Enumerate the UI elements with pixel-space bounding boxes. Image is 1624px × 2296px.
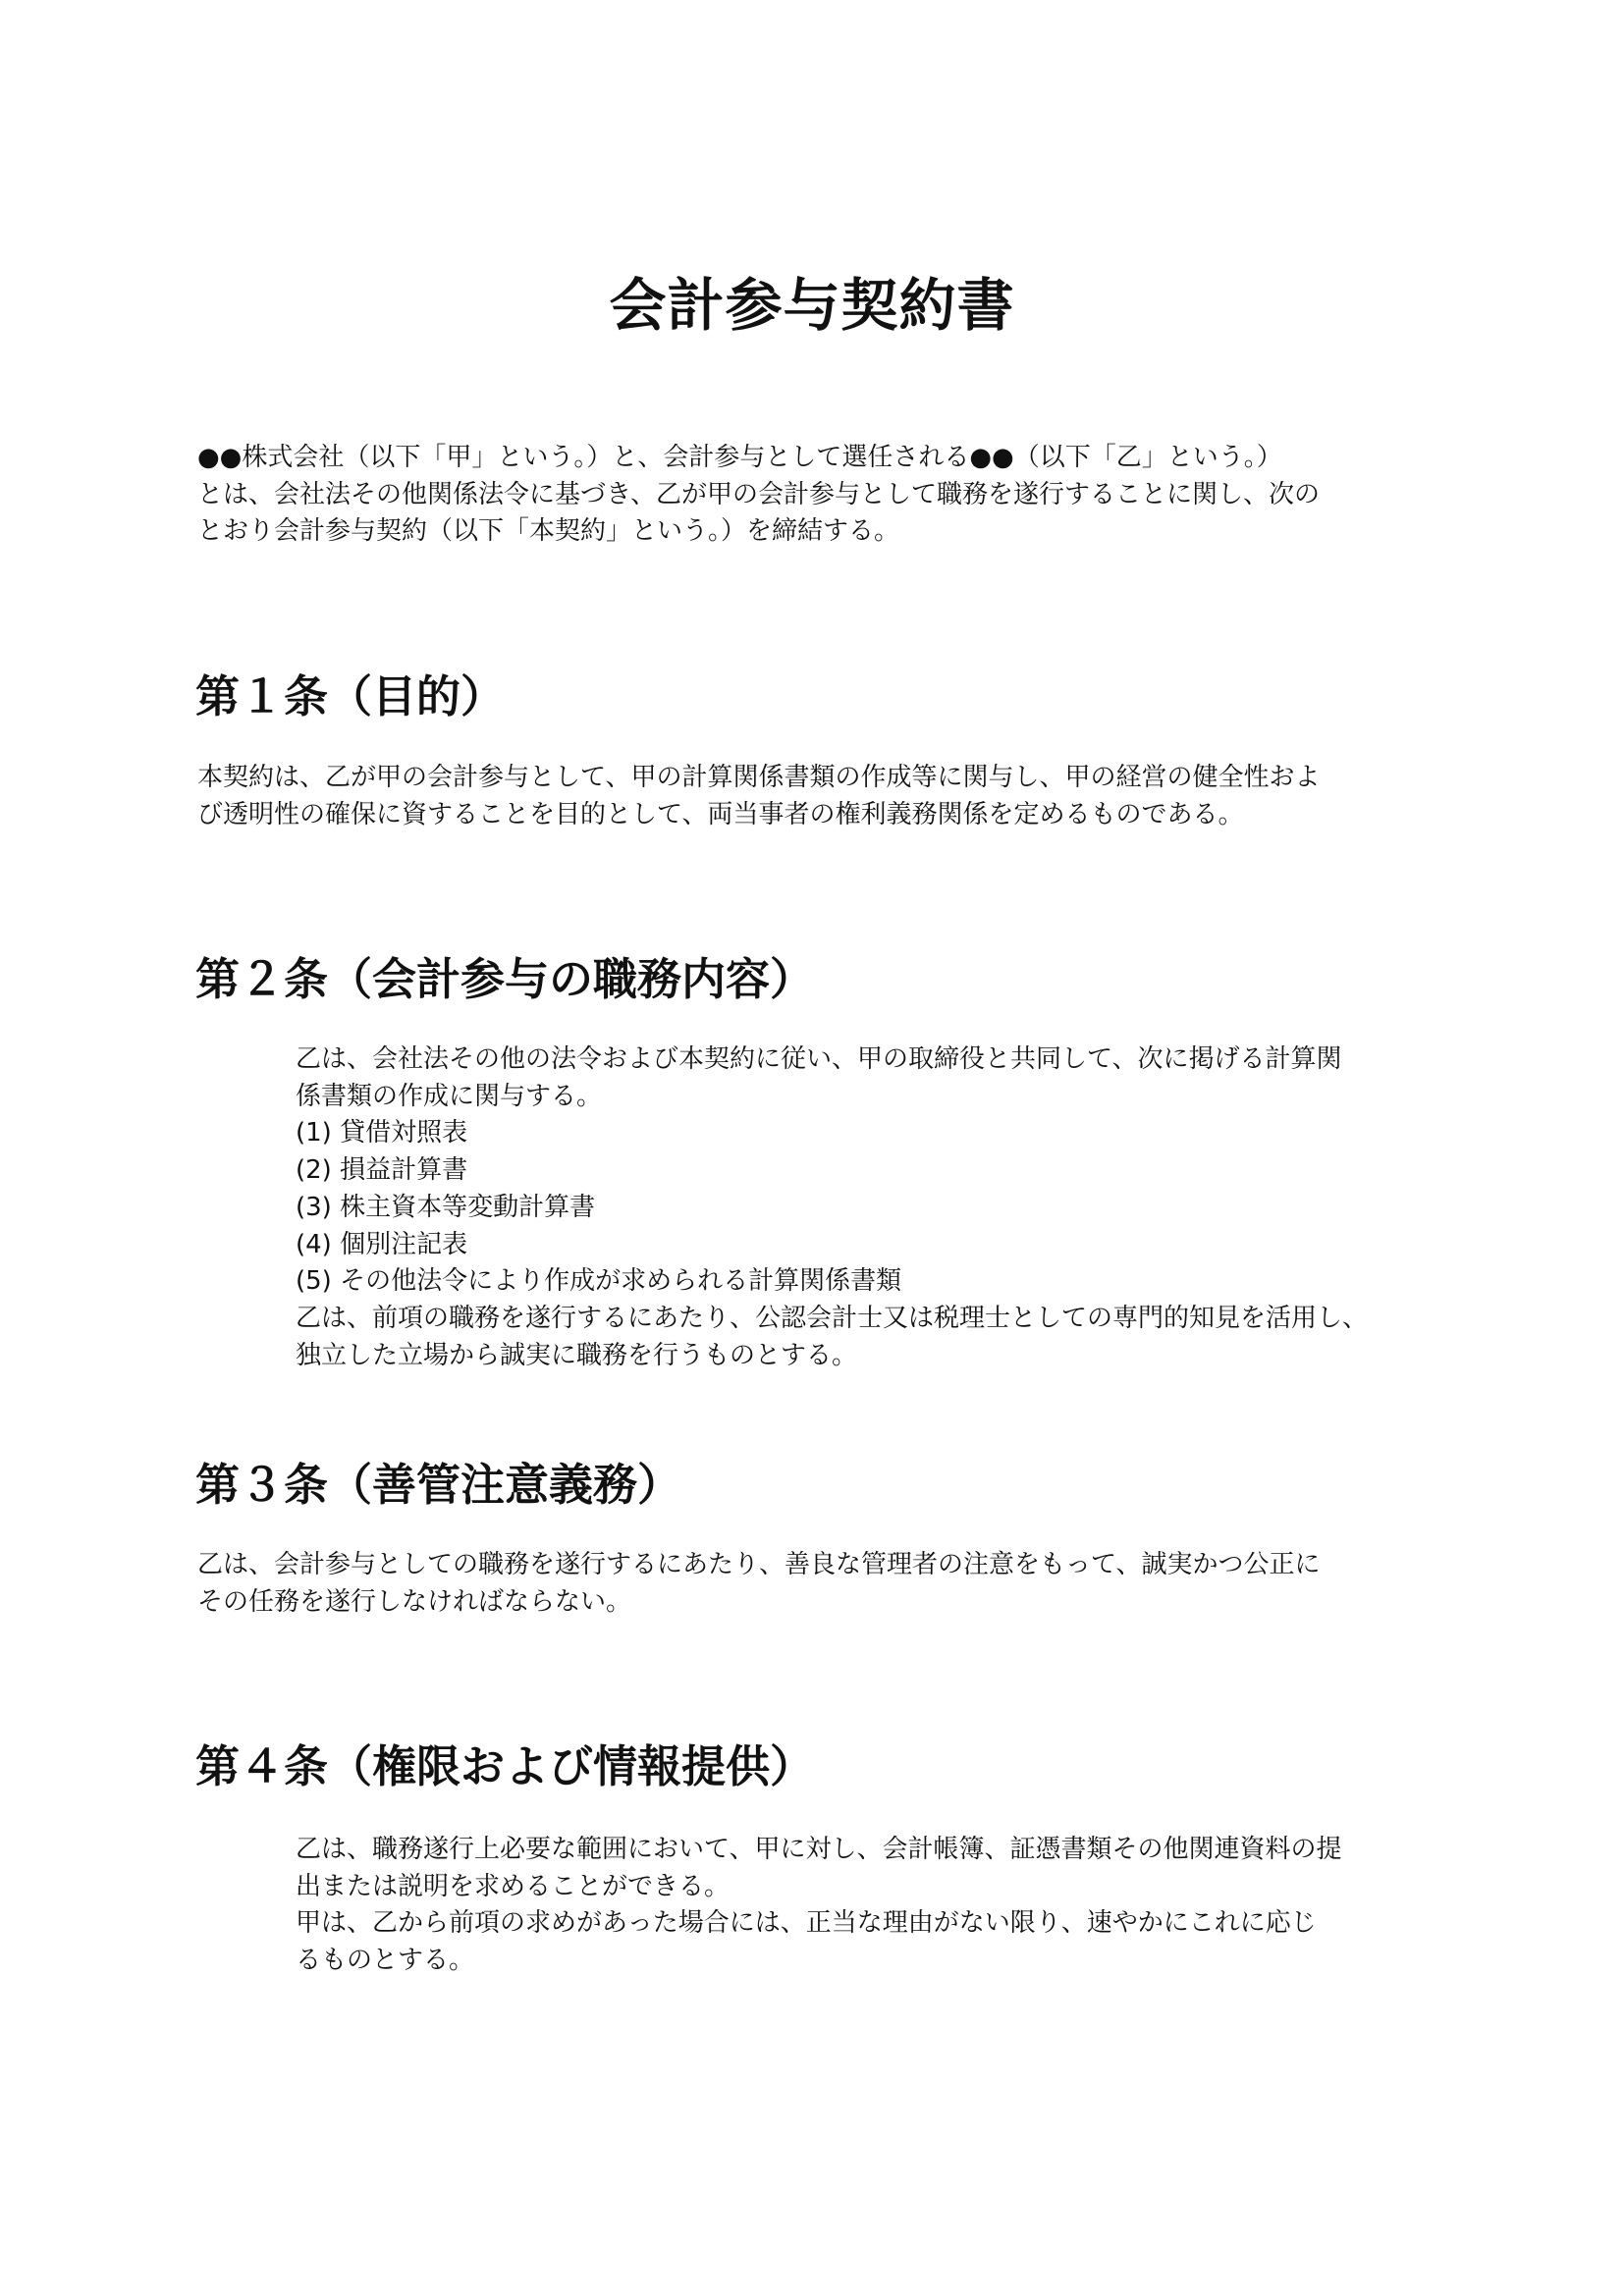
document-title: 会計参与契約書: [0, 267, 1624, 344]
article-2-list-item-5: (5) その他法令により作成が求められる計算関係書類: [296, 1263, 1493, 1301]
preamble-line: ●●株式会社（以下「甲」という。）と、会計参与として選任される●●（以下「乙」と…: [197, 440, 1474, 477]
article-3-line: 乙は、会計参与としての職務を遂行するにあたり、善良な管理者の注意をもって、誠実か…: [197, 1547, 1474, 1584]
article-2-line: 独立した立場から誠実に職務を行うものとする。: [296, 1338, 1493, 1375]
article-2-list-item-3: (3) 株主資本等変動計算書: [296, 1190, 1493, 1227]
article-3-heading: 第３条（善管注意義務）: [195, 1456, 681, 1515]
article-2-list-item-2: (2) 損益計算書: [296, 1152, 1493, 1190]
article-1-line: 本契約は、乙が甲の会計参与として、甲の計算関係書類の作成等に関与し、甲の経営の健…: [197, 760, 1474, 797]
article-2-heading: 第２条（会計参与の職務内容）: [195, 950, 814, 1009]
article-2-list-item-4: (4) 個別注記表: [296, 1227, 1493, 1264]
article-3-body: 乙は、会計参与としての職務を遂行するにあたり、善良な管理者の注意をもって、誠実か…: [197, 1547, 1474, 1621]
article-2-body: 乙は、会社法その他の法令および本契約に従い、甲の取締役と共同して、次に掲げる計算…: [296, 1041, 1493, 1374]
article-4-line: 甲は、乙から前項の求めがあった場合には、正当な理由がない限り、速やかにこれに応じ: [296, 1905, 1493, 1943]
article-4-line: るものとする。: [296, 1943, 1493, 1980]
article-4-body: 乙は、職務遂行上必要な範囲において、甲に対し、会計帳簿、証憑書類その他関連資料の…: [296, 1832, 1493, 1980]
article-4-line: 出または説明を求めることができる。: [296, 1869, 1493, 1906]
article-4-line: 乙は、職務遂行上必要な範囲において、甲に対し、会計帳簿、証憑書類その他関連資料の…: [296, 1832, 1493, 1869]
article-2-list-item-1: (1) 貸借対照表: [296, 1115, 1493, 1152]
document-page: 会計参与契約書 ●●株式会社（以下「甲」という。）と、会計参与として選任される●…: [0, 0, 1624, 2296]
article-2-line: 乙は、前項の職務を遂行するにあたり、公認会計士又は税理士としての専門的知見を活用…: [296, 1301, 1493, 1338]
article-1-heading: 第１条（目的）: [195, 667, 505, 726]
preamble-line: とおり会計参与契約（以下「本契約」という。）を締結する。: [197, 513, 1474, 551]
article-4-heading: 第４条（権限および情報提供）: [195, 1737, 814, 1796]
article-2-line: 係書類の作成に関与する。: [296, 1079, 1493, 1116]
preamble-line: とは、会社法その他関係法令に基づき、乙が甲の会計参与として職務を遂行することに関…: [197, 477, 1474, 514]
article-2-line: 乙は、会社法その他の法令および本契約に従い、甲の取締役と共同して、次に掲げる計算…: [296, 1041, 1493, 1079]
article-1-body: 本契約は、乙が甲の会計参与として、甲の計算関係書類の作成等に関与し、甲の経営の健…: [197, 760, 1474, 833]
article-3-line: その任務を遂行しなければならない。: [197, 1584, 1474, 1622]
article-1-line: び透明性の確保に資することを目的として、両当事者の権利義務関係を定めるものである…: [197, 797, 1474, 834]
preamble-paragraph: ●●株式会社（以下「甲」という。）と、会計参与として選任される●●（以下「乙」と…: [197, 440, 1474, 551]
